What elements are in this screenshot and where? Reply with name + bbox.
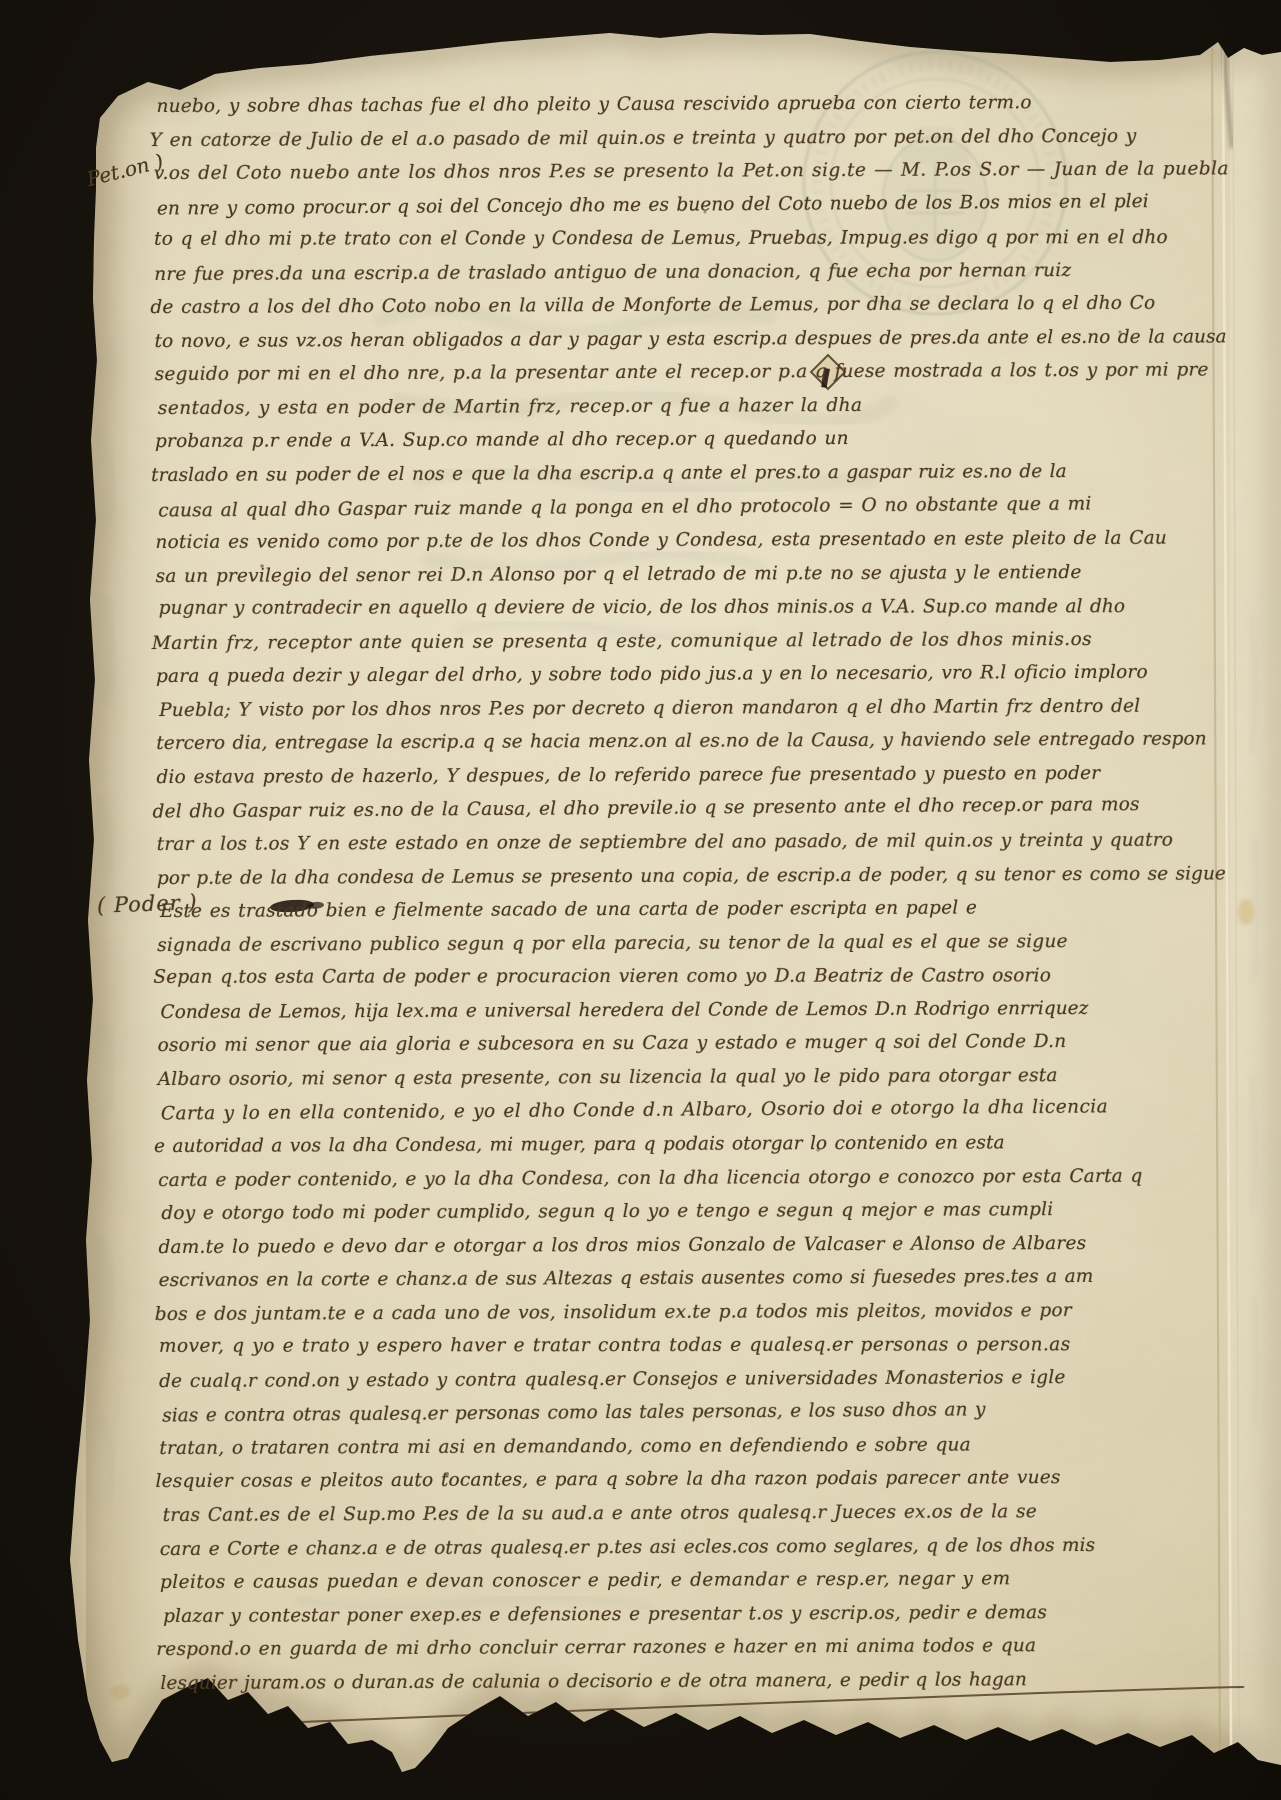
manuscript-paper — [0, 0, 1281, 1800]
photo-background: Pet.on ) ( Poder ) nuebo, y sobre dhas t… — [0, 0, 1281, 1800]
paper-grain — [0, 0, 1281, 1800]
left-gutter-shadow — [86, 50, 164, 1760]
